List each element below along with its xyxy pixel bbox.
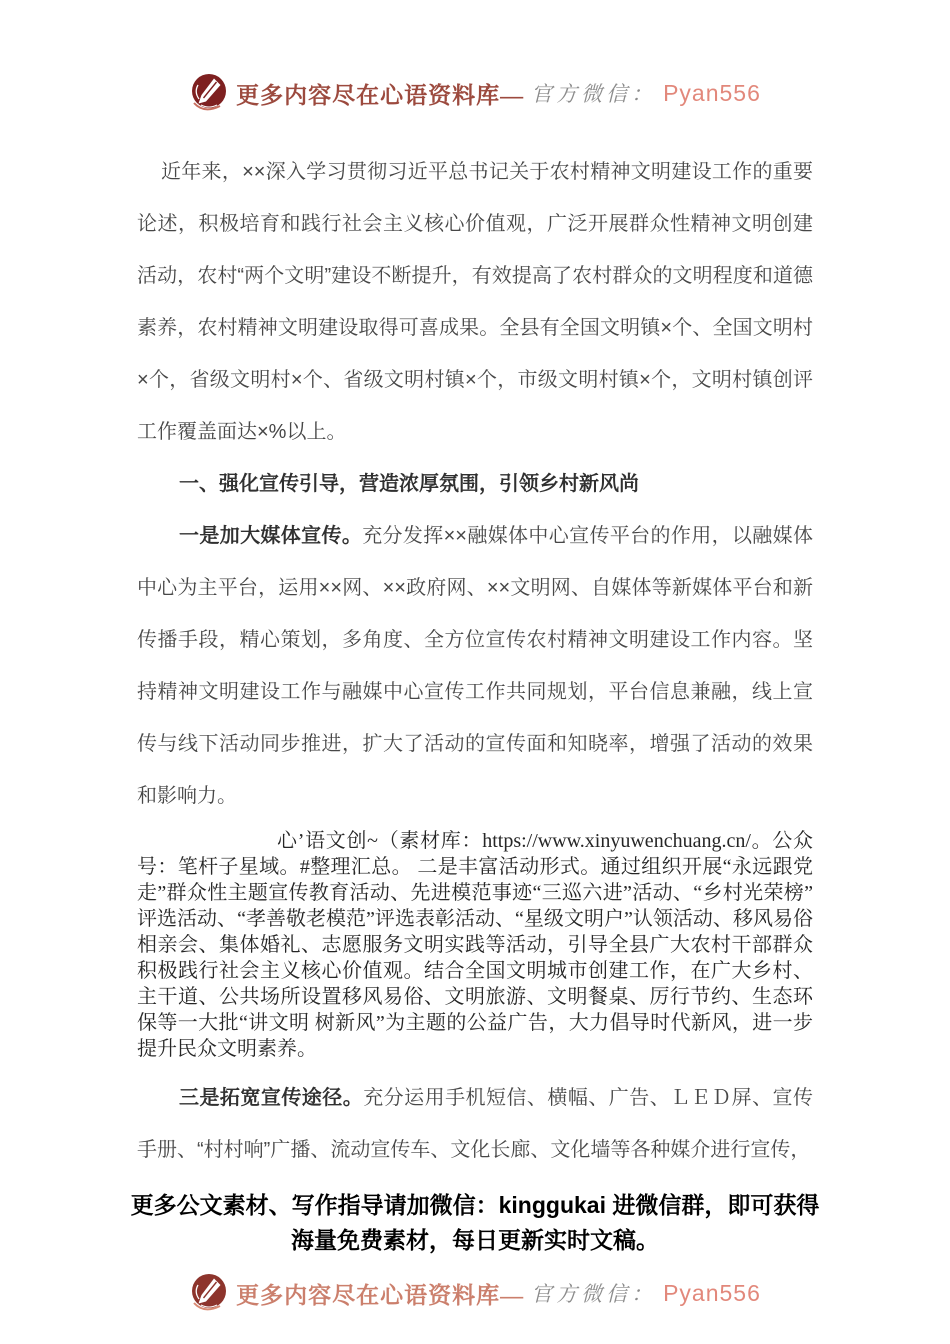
paragraph-point-1: 一是加大媒体宣传。充分发挥××融媒体中心宣传平台的作用，以融媒体中心为主平台，运… [137,510,813,822]
brand-text: 更多内容尽在心语资料库— [236,1277,524,1310]
fountain-pen-logo-icon [189,72,229,114]
point-3-lead: 三是拓宽宣传途径。 [179,1087,363,1109]
paragraph-point-3: 三是拓宽宣传途径。充分运用手机短信、横幅、广告、ＬＥＤ屏、宣传手册、“村村响”广… [137,1072,813,1176]
fountain-pen-logo-icon [189,1272,229,1314]
wechat-id: Pyan556 [663,80,761,107]
paragraph-point-2-watermarked: 心’语文创~（素材库：https://www.xinyuwenchuang.cn… [137,828,813,1062]
footer-brand-line: 更多内容尽在心语资料库— 官方微信： Pyan556 [0,1272,950,1314]
document-page: 更多内容尽在心语资料库— 官方微信： Pyan556 近年来，××深入学习贯彻习… [0,0,950,1344]
brand-text: 更多内容尽在心语资料库— [236,77,524,110]
header-brand-line: 更多内容尽在心语资料库— 官方微信： Pyan556 [0,0,950,114]
wechat-id: Pyan556 [663,1280,761,1307]
section-heading-1: 一、强化宣传引导，营造浓厚氛围，引领乡村新风尚 [137,458,813,510]
wechat-label: 官方微信： [531,78,656,108]
point-1-text: 充分发挥××融媒体中心宣传平台的作用，以融媒体中心为主平台，运用××网、××政府… [137,525,813,807]
document-body: 近年来，××深入学习贯彻习近平总书记关于农村精神文明建设工作的重要论述，积极培育… [137,146,813,1176]
wechat-label: 官方微信： [531,1278,656,1308]
paragraph-intro: 近年来，××深入学习贯彻习近平总书记关于农村精神文明建设工作的重要论述，积极培育… [137,146,813,458]
promo-footer-text: 更多公文素材、写作指导请加微信：kinggukai 进微信群，即可获得海量免费素… [120,1188,830,1258]
point-1-lead: 一是加大媒体宣传。 [179,525,362,547]
